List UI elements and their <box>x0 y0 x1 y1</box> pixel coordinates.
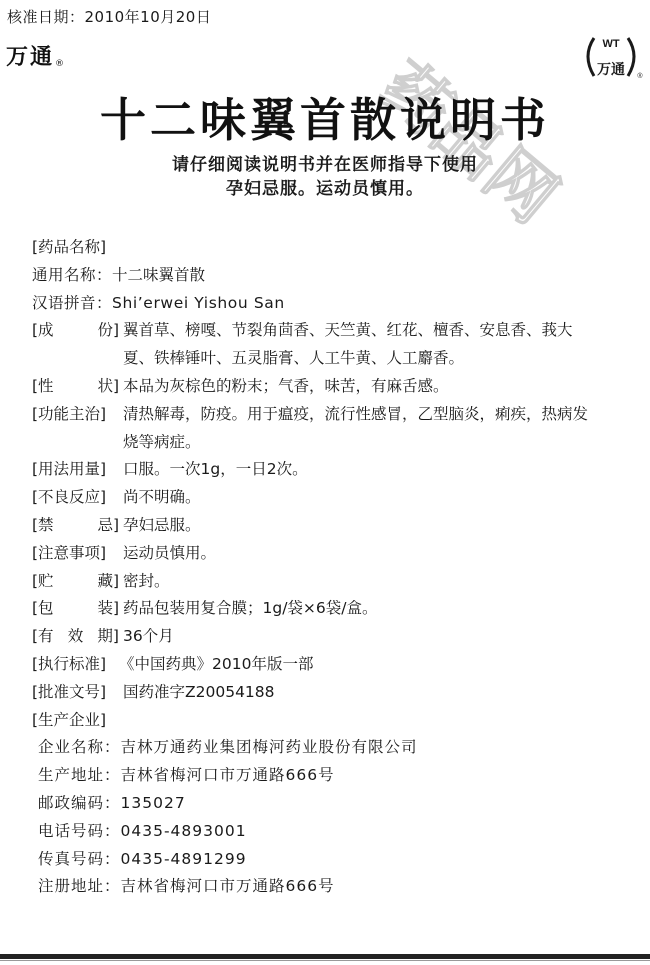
logo-top-text: WT <box>602 38 619 50</box>
approval-number-value: 国药准字Z20054188 <box>119 679 642 707</box>
adverse-reactions-label: [不良反应] <box>32 484 119 512</box>
storage-value: 密封。 <box>119 568 642 596</box>
fax-label: 传真号码： <box>38 846 121 874</box>
production-address-value: 吉林省梅河口市万通路666号 <box>121 762 335 790</box>
phone-value: 0435-4893001 <box>121 818 247 846</box>
storage-label: [贮 藏] <box>32 568 119 596</box>
brand-name-text: 万通 <box>6 45 54 70</box>
precautions-value: 运动员慎用。 <box>119 540 642 568</box>
standard-row: [执行标准] 《中国药典》2010年版一部 <box>32 651 642 679</box>
fax-row: 传真号码： 0435-4891299 <box>32 846 642 874</box>
packaging-label-left: [包 <box>32 595 54 623</box>
precautions-label: [注意事项] <box>32 540 119 568</box>
manufacturer-heading: [生产企业] <box>32 707 642 735</box>
validity-label: [有 效 期] <box>32 623 119 651</box>
ingredients-label: [成 份] <box>32 317 119 373</box>
brand-name: 万通® <box>6 40 66 71</box>
manufacturer-name-label: 企业名称： <box>38 734 121 762</box>
validity-label-part-3: 期] <box>97 623 119 651</box>
approval-number-row: [批准文号] 国药准字Z20054188 <box>32 679 642 707</box>
approval-date: 核准日期：2010年10月20日 <box>7 6 211 27</box>
logo-reg-mark: ® <box>637 72 643 80</box>
company-logo-icon: WT 万通 ® <box>580 30 650 88</box>
registered-mark: ® <box>55 59 66 69</box>
postal-code-row: 邮政编码： 135027 <box>32 790 642 818</box>
validity-label-part-1: [有 <box>32 623 54 651</box>
validity-row: [有 效 期] 36个月 <box>32 623 642 651</box>
indications-value: 清热解毒，防疫。用于瘟疫，流行性感冒，乙型脑炎，痢疾，热病发烧等病症。 <box>119 401 593 457</box>
ingredients-value: 翼首草、榜嘎、节裂角茴香、天竺黄、红花、檀香、安息香、莪大夏、铁棒锤叶、五灵脂膏… <box>119 317 593 373</box>
contraindications-value: 孕妇忌服。 <box>119 512 642 540</box>
description-label: [性 状] <box>32 373 119 401</box>
instruction-body: [药品名称] 通用名称： 十二味翼首散 汉语拼音： Shi’erwei Yish… <box>32 234 642 901</box>
phone-row: 电话号码： 0435-4893001 <box>32 818 642 846</box>
bottom-divider-thin <box>0 960 650 961</box>
contraindications-label: [禁 忌] <box>32 512 119 540</box>
registered-address-value: 吉林省梅河口市万通路666号 <box>121 873 335 901</box>
bottom-divider <box>0 954 650 959</box>
standard-label: [执行标准] <box>32 651 119 679</box>
packaging-value: 药品包装用复合膜；1g/袋×6袋/盒。 <box>119 595 642 623</box>
packaging-label: [包 装] <box>32 595 119 623</box>
dosage-row: [用法用量] 口服。一次1g，一日2次。 <box>32 456 642 484</box>
drug-name-heading: [药品名称] <box>32 234 642 262</box>
pinyin-row: 汉语拼音： Shi’erwei Yishou San <box>32 290 642 318</box>
registered-address-row: 注册地址： 吉林省梅河口市万通路666号 <box>32 873 642 901</box>
storage-label-left: [贮 <box>32 568 54 596</box>
postal-code-label: 邮政编码： <box>38 790 121 818</box>
notice-line-2: 孕妇忌服。运动员慎用。 <box>0 174 650 199</box>
ingredients-label-left: [成 <box>32 317 54 373</box>
manufacturer-name-row: 企业名称： 吉林万通药业集团梅河药业股份有限公司 <box>32 734 642 762</box>
indications-row: [功能主治] 清热解毒，防疫。用于瘟疫，流行性感冒，乙型脑炎，痢疾，热病发烧等病… <box>32 401 642 457</box>
description-label-right: 状] <box>97 373 119 401</box>
description-row: [性 状] 本品为灰棕色的粉末；气香，味苦，有麻舌感。 <box>32 373 642 401</box>
phone-label: 电话号码： <box>38 818 121 846</box>
ingredients-label-right: 份] <box>97 317 119 373</box>
generic-name-label: 通用名称： <box>32 262 112 290</box>
packaging-row: [包 装] 药品包装用复合膜；1g/袋×6袋/盒。 <box>32 595 642 623</box>
logo-bottom-text: 万通 <box>597 61 625 78</box>
indications-label: [功能主治] <box>32 401 119 457</box>
validity-value: 36个月 <box>119 623 642 651</box>
document-title: 十二味翼首散说明书 <box>0 84 650 150</box>
manufacturer-name-value: 吉林万通药业集团梅河药业股份有限公司 <box>121 734 418 762</box>
fax-value: 0435-4891299 <box>121 846 247 874</box>
adverse-reactions-row: [不良反应] 尚不明确。 <box>32 484 642 512</box>
approval-number-label: [批准文号] <box>32 679 119 707</box>
validity-label-part-2: 效 <box>68 623 84 651</box>
production-address-row: 生产地址： 吉林省梅河口市万通路666号 <box>32 762 642 790</box>
standard-value: 《中国药典》2010年版一部 <box>119 651 642 679</box>
generic-name-value: 十二味翼首散 <box>112 262 205 290</box>
adverse-reactions-value: 尚不明确。 <box>119 484 642 512</box>
precautions-row: [注意事项] 运动员慎用。 <box>32 540 642 568</box>
packaging-label-right: 装] <box>97 595 119 623</box>
postal-code-value: 135027 <box>121 790 186 818</box>
storage-label-right: 藏] <box>97 568 119 596</box>
pinyin-value: Shi’erwei Yishou San <box>112 290 285 318</box>
contraindications-label-left: [禁 <box>32 512 54 540</box>
dosage-value: 口服。一次1g，一日2次。 <box>119 456 642 484</box>
contraindications-label-right: 忌] <box>97 512 119 540</box>
description-label-left: [性 <box>32 373 54 401</box>
storage-row: [贮 藏] 密封。 <box>32 568 642 596</box>
registered-address-label: 注册地址： <box>38 873 121 901</box>
dosage-label: [用法用量] <box>32 456 119 484</box>
pinyin-label: 汉语拼音： <box>32 290 112 318</box>
production-address-label: 生产地址： <box>38 762 121 790</box>
ingredients-row: [成 份] 翼首草、榜嘎、节裂角茴香、天竺黄、红花、檀香、安息香、莪大夏、铁棒锤… <box>32 317 642 373</box>
description-value: 本品为灰棕色的粉末；气香，味苦，有麻舌感。 <box>119 373 642 401</box>
generic-name-row: 通用名称： 十二味翼首散 <box>32 262 642 290</box>
contraindications-row: [禁 忌] 孕妇忌服。 <box>32 512 642 540</box>
notice-line-1: 请仔细阅读说明书并在医师指导下使用 <box>0 150 650 175</box>
